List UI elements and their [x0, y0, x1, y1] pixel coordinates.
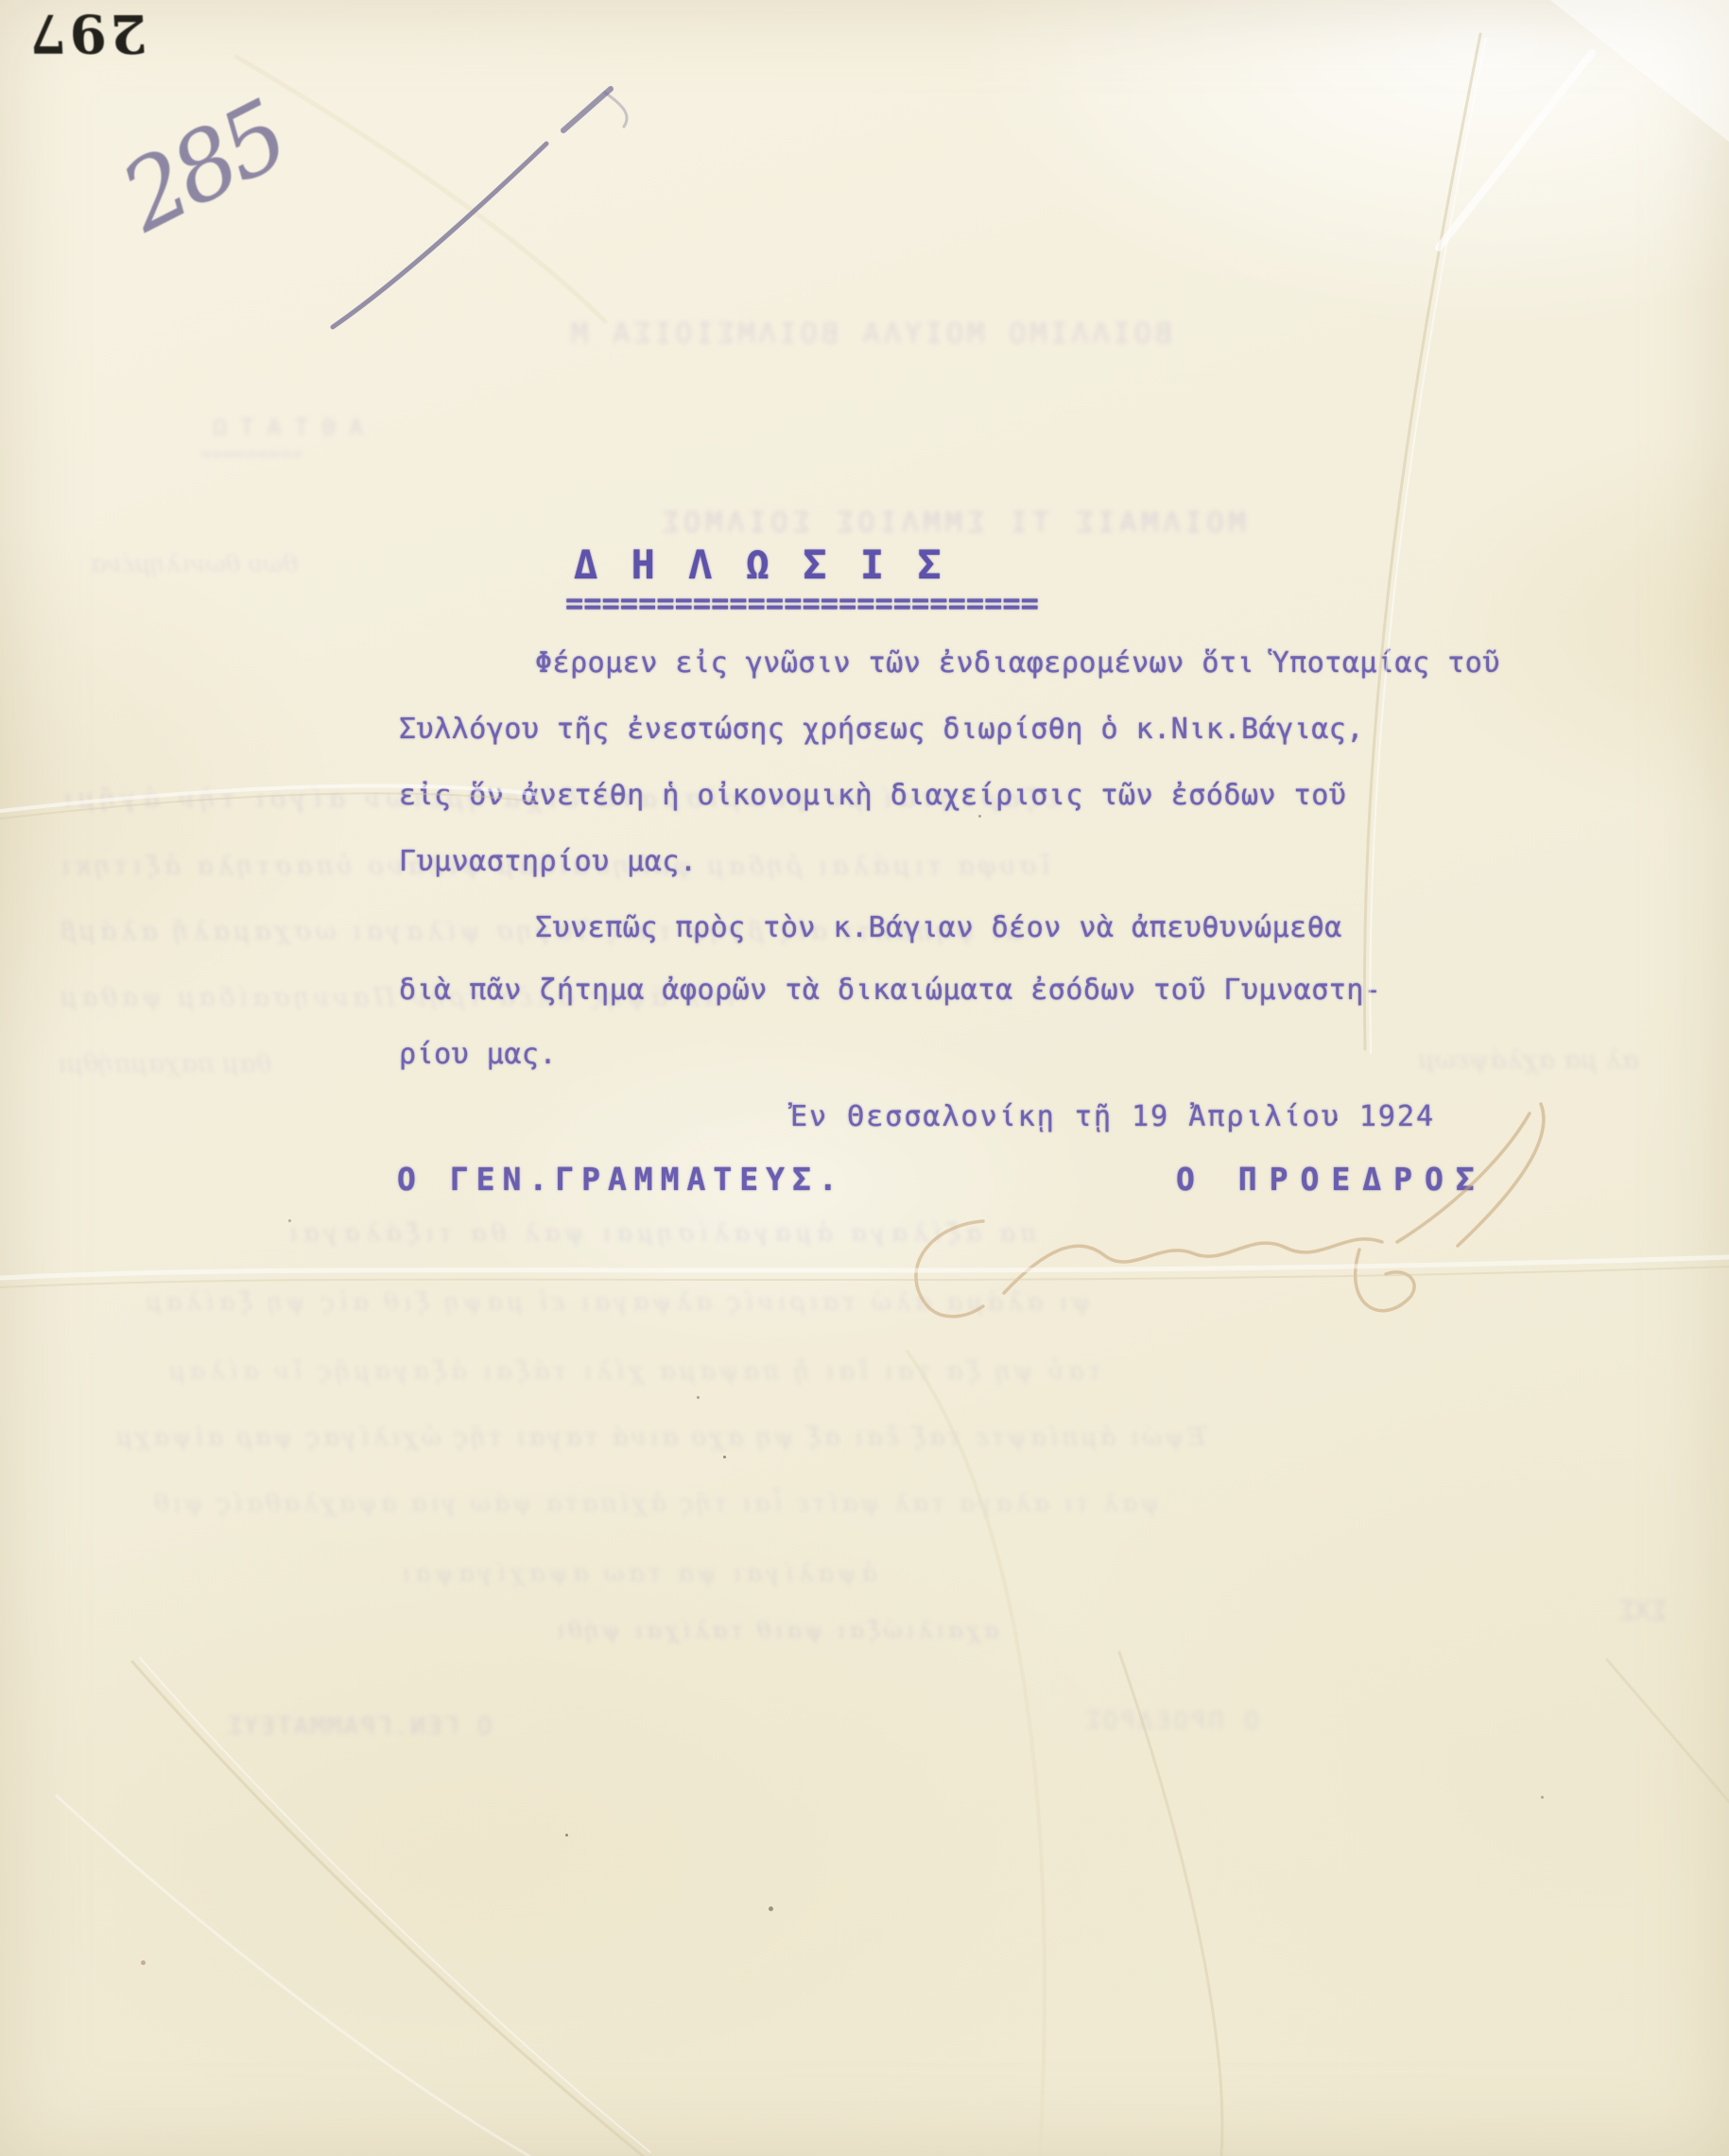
body-line: Συλλόγου τῆς ἐνεστώσης χρήσεως διωρίσθη … [399, 715, 1364, 745]
bleedthrough-line: ΜΟΙΛΜΑΙΣ ΤΙ ΣΜΜΛΙΟΣ ΣΟΙΛΜΟΣ [657, 507, 1246, 540]
body-line: Γυμναστηρίου μας. [399, 847, 698, 877]
bleedthrough-line: ΣΧΣ [1618, 1595, 1667, 1627]
document-title: Δ Η Λ Ω Σ Ι Σ [574, 544, 946, 586]
dust-specks [723, 1456, 726, 1458]
bleedthrough-line: πα αξίλαγα ἀμαγαλίσημαι ψαλ θα τιξάλαγαι [284, 1219, 1036, 1248]
title-underline: ========================== [565, 588, 1039, 620]
registry-stamp-number: 297 [13, 2, 158, 64]
body-line: ρίου μας. [399, 1040, 557, 1070]
signature-title-general-secretary: Ο ΓΕΝ.ΓΡΑΜΜΑΤΕΥΣ. [397, 1164, 845, 1197]
bleedthrough-line: ψι αλάμα αλώ ταιρινίς αλψαγαι εἰ μαψη ξι… [142, 1288, 1091, 1317]
bleedthrough-line: Α Θ Τ Α Τ Ω [213, 414, 363, 440]
bleedthrough-line: αχαιλιώξαι ψαιθ ταλίχαι ψήθι [553, 1616, 999, 1644]
body-line: Συνεπῶς πρὸς τὸν κ.Βάγιαν δέον νὰ ἀπευθυ… [535, 913, 1342, 943]
body-line: εἰς ὅν ἀνετέθη ἡ οἰκονομικὴ διαχείρισις … [399, 781, 1346, 811]
bleedthrough-line: Ο ΠΡΟΕΔΡΟΣ [1082, 1707, 1259, 1735]
pencil-number: 285 [105, 80, 301, 253]
bleedthrough-line: ΒΟΙΛΛΙΜΟ ΜΟΙΥΛΑ ΒΟΙΛΜΣΙΟΙΣΑ Μ [567, 318, 1172, 351]
dateline: Ἐν Θεσσαλονίκῃ τῇ 19 Ἀπριλίου 1924 [790, 1102, 1435, 1132]
scanned-document-page: ΒΟΙΛΛΙΜΟ ΜΟΙΥΛΑ ΒΟΙΛΜΣΙΟΙΣΑ Μ ΜΟΙΛΜΑΙΣ Τ… [0, 0, 1729, 2156]
bleedthrough-line: ἀψαλίγαι ψα ταω αψαχίγαψαι [397, 1560, 877, 1588]
signature-title-president: Ο ΠΡΟΕΔΡΟΣ [1176, 1164, 1487, 1197]
body-line: Φέρομεν εἰς γνῶσιν τῶν ἐνδιαφερομένων ὅτ… [535, 648, 1500, 679]
bleedthrough-line: Ἐψώι ἀμπίαψτε ταξ ἔαι αξ ψη αχο αινά ταγ… [113, 1423, 1208, 1452]
bleedthrough-line: ========= [200, 442, 303, 465]
bleedthrough-line: Ο ΓΕΝ.ΓΡΑΜΜΑΤΕΥΣ [225, 1713, 492, 1741]
bleedthrough-line: θαμ παχαμπήθμι [57, 1049, 271, 1078]
bleedthrough-line: ψαλ τι αλαγα ταλ ψαίτε ἶαι τῆς ἀχίπατα ψ… [151, 1490, 1160, 1518]
bleedthrough-line: θωυ θωνιλημένα [90, 550, 298, 578]
body-line: διὰ πᾶν ζήτημα ἀφορῶν τὰ δικαιώματα ἐσόδ… [399, 975, 1381, 1006]
bleedthrough-line: αλ μα αχλάψεωμ [1418, 1045, 1638, 1075]
bleedthrough-line: ταὐ ψη ξα ται ἴαι ἤ παψαμα χίλι τάξαι ἀξ… [165, 1357, 1101, 1386]
